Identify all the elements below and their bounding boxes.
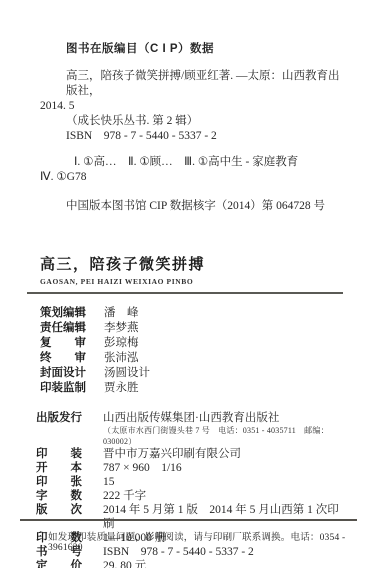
publishing-label: 出版发行 — [36, 411, 103, 425]
publishing-row: 定 价 29. 80 元 — [36, 559, 347, 568]
credit-row: 封面设计 汤圆设计 — [40, 366, 347, 381]
cip-classification-line1: Ⅰ. ①高… Ⅱ. ①顾… Ⅲ. ①高中生 - 家庭教育 — [40, 155, 347, 170]
cip-series: （成长快乐丛书. 第 2 辑） — [66, 114, 347, 129]
credit-row: 复 审 彭琼梅 — [40, 336, 347, 351]
credits-block: 策划编辑 潘 峰 责任编辑 李梦燕 复 审 彭琼梅 终 审 张沛泓 封面设计 汤… — [40, 306, 347, 396]
credit-row: 终 审 张沛泓 — [40, 351, 347, 366]
publishing-label: 定 价 — [36, 559, 103, 568]
print-quality-notice: 如发现印装质量问题，影响阅读，请与印刷厂联系调换。电话：0354 - 39616… — [48, 529, 375, 553]
publishing-label: 字 数 — [36, 489, 103, 503]
publishing-label: 印 张 — [36, 475, 103, 489]
copyright-page: 图书在版编目（C I P）数据 高三，陪孩子微笑拼搏/顾亚红著. —太原：山西教… — [0, 0, 375, 568]
publishing-value: 晋中市万嘉兴印刷有限公司 — [103, 447, 241, 461]
publishing-row: 出版发行 山西出版传媒集团·山西教育出版社 — [36, 411, 347, 425]
publishing-row: 印 张 15 — [36, 475, 347, 489]
credit-value: 张沛泓 — [104, 351, 139, 366]
publishing-value: 2014 年 5 月第 1 版 2014 年 5 月山西第 1 次印刷 — [103, 503, 347, 531]
credit-row: 印装监制 贾永胜 — [40, 381, 347, 396]
credit-label: 复 审 — [40, 336, 104, 351]
cip-entry: 高三，陪孩子微笑拼搏/顾亚红著. —太原：山西教育出版社， 2014. 5 — [40, 69, 347, 114]
cip-record-number: 中国版本图书馆 CIP 数据核字（2014）第 064728 号 — [66, 197, 347, 213]
publishing-row: 印 装 晋中市万嘉兴印刷有限公司 — [36, 447, 347, 461]
footer-divider-rule — [20, 519, 357, 521]
cip-entry-line1: 高三，陪孩子微笑拼搏/顾亚红著. —太原：山西教育出版社， — [40, 69, 347, 99]
book-title: 高三，陪孩子微笑拼搏 — [40, 253, 347, 274]
credit-value: 贾永胜 — [104, 381, 139, 396]
credit-label: 终 审 — [40, 351, 104, 366]
cip-data-block: 图书在版编目（C I P）数据 高三，陪孩子微笑拼搏/顾亚红著. —太原：山西教… — [40, 40, 347, 213]
publishing-value: 787 × 960 1/16 — [103, 461, 182, 475]
cip-isbn: ISBN 978 - 7 - 5440 - 5337 - 2 — [66, 129, 347, 144]
publishing-label: 版 次 — [36, 503, 103, 531]
cip-classification-line2: Ⅳ. ①G78 — [40, 170, 347, 185]
credit-row: 策划编辑 潘 峰 — [40, 306, 347, 321]
publishing-value: 山西出版传媒集团·山西教育出版社 — [103, 411, 279, 425]
credit-value: 彭琼梅 — [104, 336, 139, 351]
publishing-value: 29. 80 元 — [103, 559, 146, 568]
cip-entry-line2: 2014. 5 — [40, 99, 347, 114]
book-title-pinyin: GAOSAN, PEI HAIZI WEIXIAO PINBO — [40, 277, 347, 286]
credit-label: 责任编辑 — [40, 321, 104, 336]
title-block: 高三，陪孩子微笑拼搏 GAOSAN, PEI HAIZI WEIXIAO PIN… — [40, 253, 347, 294]
credit-value: 潘 峰 — [104, 306, 139, 321]
credit-label: 印装监制 — [40, 381, 104, 396]
credit-value: 李梦燕 — [104, 321, 139, 336]
publishing-label: 开 本 — [36, 461, 103, 475]
credit-label: 封面设计 — [40, 366, 104, 381]
publisher-address-note: （太原市水西门街馒头巷 7 号 电话：0351 - 4035711 邮编：030… — [103, 425, 347, 447]
title-divider-rule — [27, 292, 343, 294]
publishing-row: 开 本 787 × 960 1/16 — [36, 461, 347, 475]
credit-value: 汤圆设计 — [104, 366, 150, 381]
credit-row: 责任编辑 李梦燕 — [40, 321, 347, 336]
publishing-value: 15 — [103, 475, 115, 489]
cip-heading: 图书在版编目（C I P）数据 — [66, 40, 347, 56]
publishing-value: 222 千字 — [103, 489, 146, 503]
credit-label: 策划编辑 — [40, 306, 104, 321]
publishing-row: 字 数 222 千字 — [36, 489, 347, 503]
publishing-row: 版 次 2014 年 5 月第 1 版 2014 年 5 月山西第 1 次印刷 — [36, 503, 347, 531]
publishing-label: 印 装 — [36, 447, 103, 461]
cip-classification: Ⅰ. ①高… Ⅱ. ①顾… Ⅲ. ①高中生 - 家庭教育 Ⅳ. ①G78 — [40, 155, 347, 185]
